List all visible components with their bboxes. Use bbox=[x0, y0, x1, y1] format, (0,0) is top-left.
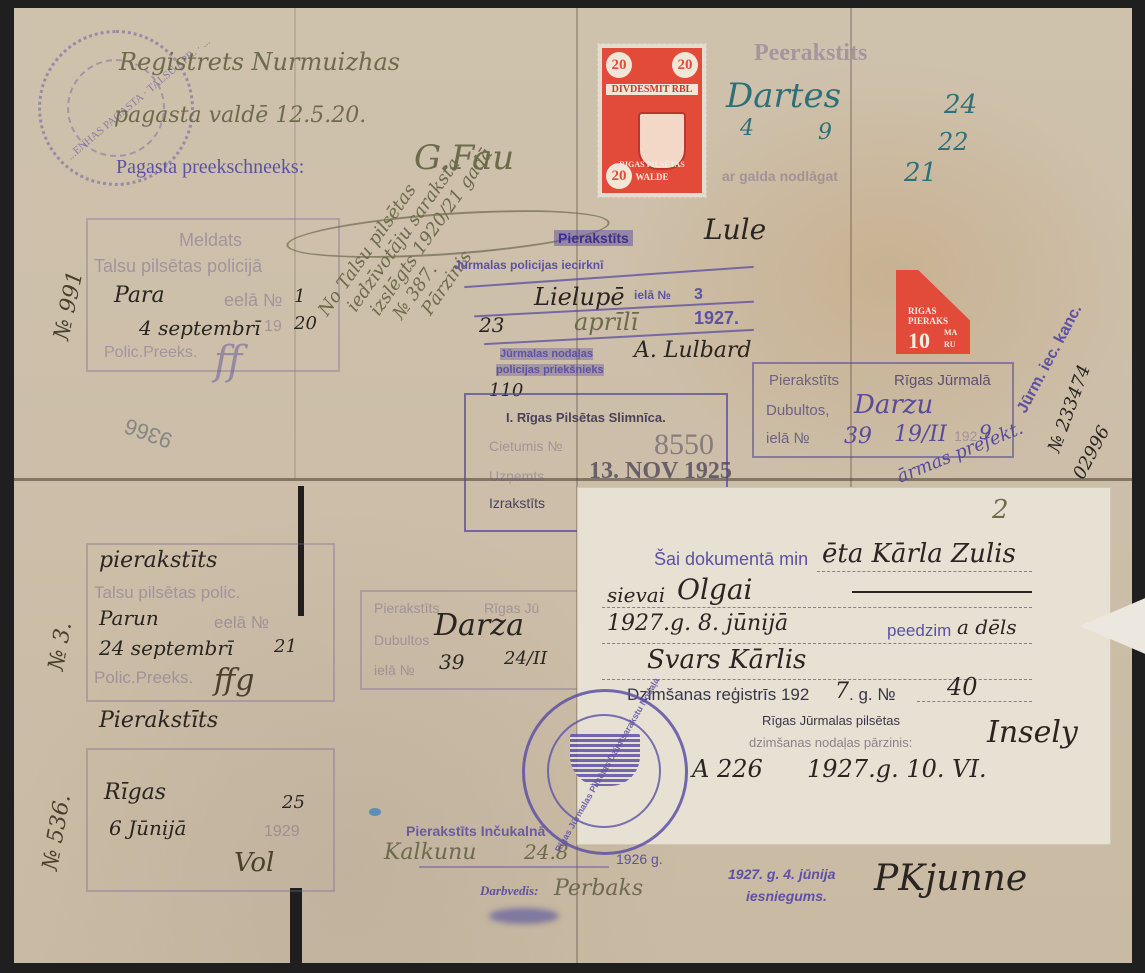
hand-bl-line2: Parun bbox=[99, 606, 159, 630]
parish-head-label: Pagasta preekschneeks: bbox=[116, 156, 304, 179]
mirror-number: 9366 bbox=[121, 412, 176, 453]
stamp10-text1: RIGAS bbox=[908, 306, 937, 316]
hand-bl-line6: 6 Jūnijā bbox=[109, 816, 186, 840]
stamp-band-top: DIVDESMIT RBL bbox=[606, 84, 698, 95]
faded-dubultos-label4: ielā № bbox=[374, 662, 415, 678]
slip-line4-hand: Svars Kārlis bbox=[647, 645, 806, 675]
hand-bl-signature2: Vol bbox=[234, 848, 274, 878]
jurmala-footer2: policijas priekšnieks bbox=[496, 364, 604, 376]
hand-bl-line3: 24 septembrī bbox=[99, 636, 233, 660]
police-street-label: eelā № bbox=[224, 290, 282, 311]
slip-reg-g: . g. № bbox=[849, 685, 896, 705]
hand-bl-year2: 1929 bbox=[264, 823, 300, 841]
dubultos-label1: Pierakstīts bbox=[769, 372, 839, 389]
hand-parish-date: pagasta valdē 12.5.20. bbox=[114, 103, 366, 128]
hand-dubultos-street: Darzu bbox=[854, 390, 933, 420]
dubultos-label4: ielā № bbox=[766, 430, 810, 447]
hand-bl-line5: Rīgas bbox=[104, 780, 166, 805]
slip-hand-ref: A 226 bbox=[692, 755, 763, 783]
hand-num2: 22 bbox=[938, 128, 969, 156]
slip-line2-hand1: sievai bbox=[607, 583, 665, 607]
police-year-prefix: 19 bbox=[264, 318, 282, 336]
hand-jurmala-lule: Lule bbox=[704, 213, 766, 246]
slip-line1-printed: Šai dokumentā min bbox=[654, 549, 808, 570]
hand-num3: 21 bbox=[904, 158, 937, 188]
hospital-number: 8550 bbox=[654, 428, 714, 462]
slip-line2-hand2: Olgai bbox=[677, 573, 752, 606]
bottom-signature: PKjunne bbox=[874, 858, 1027, 899]
jurmala-street-number: 3 bbox=[694, 286, 703, 304]
tear bbox=[290, 888, 302, 963]
revenue-stamp-10: RIGAS PIERAKS 10 MA RU bbox=[896, 270, 970, 354]
registry-round-stamp: Rīgas Jūrmalas Pilsētas Dzimtsarakstu No… bbox=[522, 689, 688, 855]
stamp-value: 20 bbox=[606, 52, 632, 78]
hand-dubultos-number: 39 bbox=[844, 424, 872, 449]
slip-office-line2: dzimšanas nodaļas pārzinis: bbox=[749, 735, 912, 750]
hand-mb-date: 24/II bbox=[504, 648, 547, 669]
form-line bbox=[817, 571, 1032, 572]
hospital-label3: Izrakstīts bbox=[489, 495, 545, 511]
slip-signature: Insely bbox=[987, 715, 1078, 750]
bottom-stamp-line1: 1927. g. 4. jūnija bbox=[728, 866, 835, 882]
slip-page-number: 2 bbox=[992, 495, 1009, 525]
dubultos-label3: Dubultos, bbox=[766, 402, 829, 419]
slip-line3-printed: peedzim bbox=[887, 621, 951, 641]
police-stamp-title: Meldats bbox=[179, 230, 242, 251]
jurmala-street-label: ielā № bbox=[634, 288, 671, 302]
hospital-title: I. Rīgas Pilsētas Slimnīca. bbox=[506, 410, 666, 425]
hand-jurmala-day: 23 bbox=[479, 313, 504, 337]
stamp-value: 20 bbox=[672, 52, 698, 78]
hand-police-number: 1 bbox=[294, 286, 305, 307]
faded-dubultos-label3: Dubultos bbox=[374, 632, 429, 648]
faded-dubultos-label1: Pierakstīts bbox=[374, 600, 439, 616]
hand-bl-number: 25 bbox=[282, 792, 305, 813]
form-line bbox=[602, 607, 1032, 608]
ink-smudge bbox=[489, 908, 559, 924]
stamp10-text3: MA bbox=[944, 328, 957, 337]
hand-bl-line1: pierakstīts bbox=[99, 548, 217, 573]
form-line bbox=[917, 701, 1032, 702]
hand-right-number2: 02996 bbox=[1069, 422, 1114, 482]
hospital-label2: Uzņemts bbox=[489, 468, 544, 484]
faded-stamp-header: Peerakstits bbox=[754, 40, 867, 67]
police-footer-label: Polic.Preeks. bbox=[104, 344, 197, 362]
hand-jurmala-signature: A. Lulbard bbox=[634, 338, 752, 363]
hand-mb-street: Darza bbox=[434, 608, 524, 643]
hand-registered: Registrets Nurmuizhas bbox=[119, 48, 400, 76]
jurmala-footer1: Jūrmalas nodaļas bbox=[500, 348, 593, 360]
hand-police-date: 4 septembrī bbox=[139, 316, 261, 340]
incukalns-label: Pierakstīts Inčukalnā bbox=[406, 823, 545, 839]
slip-line3-hand2: a dēls bbox=[957, 615, 1017, 639]
slip-line3-hand: 1927.g. 8. jūnijā bbox=[607, 611, 788, 636]
hand-jurmala-month: aprīlī bbox=[574, 308, 638, 336]
hand-bl-side-note2: № 536. bbox=[38, 792, 76, 872]
slip-hand-date: 1927.g. 10. VI. bbox=[807, 755, 987, 783]
faded-stamp-text: Polic.Preeks. bbox=[94, 668, 193, 688]
slip-office-line1: Rīgas Jūrmalas pilsētas bbox=[762, 713, 900, 728]
underline bbox=[419, 866, 609, 868]
bottom-stamp-line2: iesniegums. bbox=[746, 888, 827, 904]
hand-jurmala-street: Lielupē bbox=[534, 283, 625, 311]
hand-police-year: 20 bbox=[294, 313, 317, 334]
hand-dubultos-date: 19/II bbox=[894, 422, 947, 447]
faded-stamp-text: Talsu pilsētas polic. bbox=[94, 583, 240, 603]
faded-stamp-text: eelā № bbox=[214, 613, 269, 633]
hand-side-number: № 991 bbox=[49, 269, 88, 342]
jurmala-year: 1927. bbox=[694, 308, 739, 329]
violet-signature: ff bbox=[214, 338, 242, 384]
hand-police-street: Para bbox=[114, 283, 165, 308]
hand-mb-number: 39 bbox=[439, 650, 464, 674]
hand-dash bbox=[852, 591, 1032, 593]
hand-bl-year: 21 bbox=[274, 636, 297, 657]
police-stamp-subtitle: Talsu pilsētas policijā bbox=[94, 256, 262, 277]
incukalns-year: 1926 g. bbox=[616, 851, 663, 867]
slip-reg-year: 7 bbox=[835, 679, 849, 704]
hand-num1: 24 bbox=[944, 90, 977, 120]
ink-smudge bbox=[369, 808, 381, 816]
hand-bl-signature: ffg bbox=[214, 663, 254, 698]
faded-stamp-footer: ar galda nodlāgat bbox=[722, 168, 838, 184]
dubultos-label2: Rīgas Jūrmalā bbox=[894, 372, 991, 389]
hospital-date: 13. NOV 1925 bbox=[589, 458, 732, 485]
stamp10-value: 10 bbox=[908, 328, 930, 354]
stamp10-text2: PIERAKS bbox=[908, 316, 948, 326]
slip-reg-number: 40 bbox=[947, 673, 978, 701]
clerk-label: Darbvedis: bbox=[480, 883, 539, 899]
hand-place: Dartes bbox=[726, 76, 841, 116]
hand-day: 4 bbox=[740, 116, 754, 141]
form-line bbox=[602, 643, 1032, 644]
stamp10-text4: RU bbox=[944, 340, 956, 349]
stamp-value: 20 bbox=[606, 163, 632, 189]
jurmala-stamp-header: Pierakstīts bbox=[554, 230, 633, 246]
hospital-label1: Cietumis № bbox=[489, 438, 562, 454]
hand-bl-side-note: № 3. bbox=[44, 620, 77, 672]
slip-line1-hand: ēta Kārla Zulis bbox=[822, 539, 1016, 569]
hand-month: 9 bbox=[818, 120, 832, 145]
revenue-stamp-20: 20 20 DIVDESMIT RBL RIGAS PILSĒTAS WALDE… bbox=[598, 44, 706, 197]
hand-bl-line4: Pierakstīts bbox=[99, 708, 218, 733]
jurmala-stamp-line1: Jūrmalas policijas iecirknī bbox=[454, 258, 603, 272]
hand-incukalns: Kalkunu bbox=[384, 840, 476, 865]
clerk-signature: Perbaks bbox=[554, 876, 643, 901]
